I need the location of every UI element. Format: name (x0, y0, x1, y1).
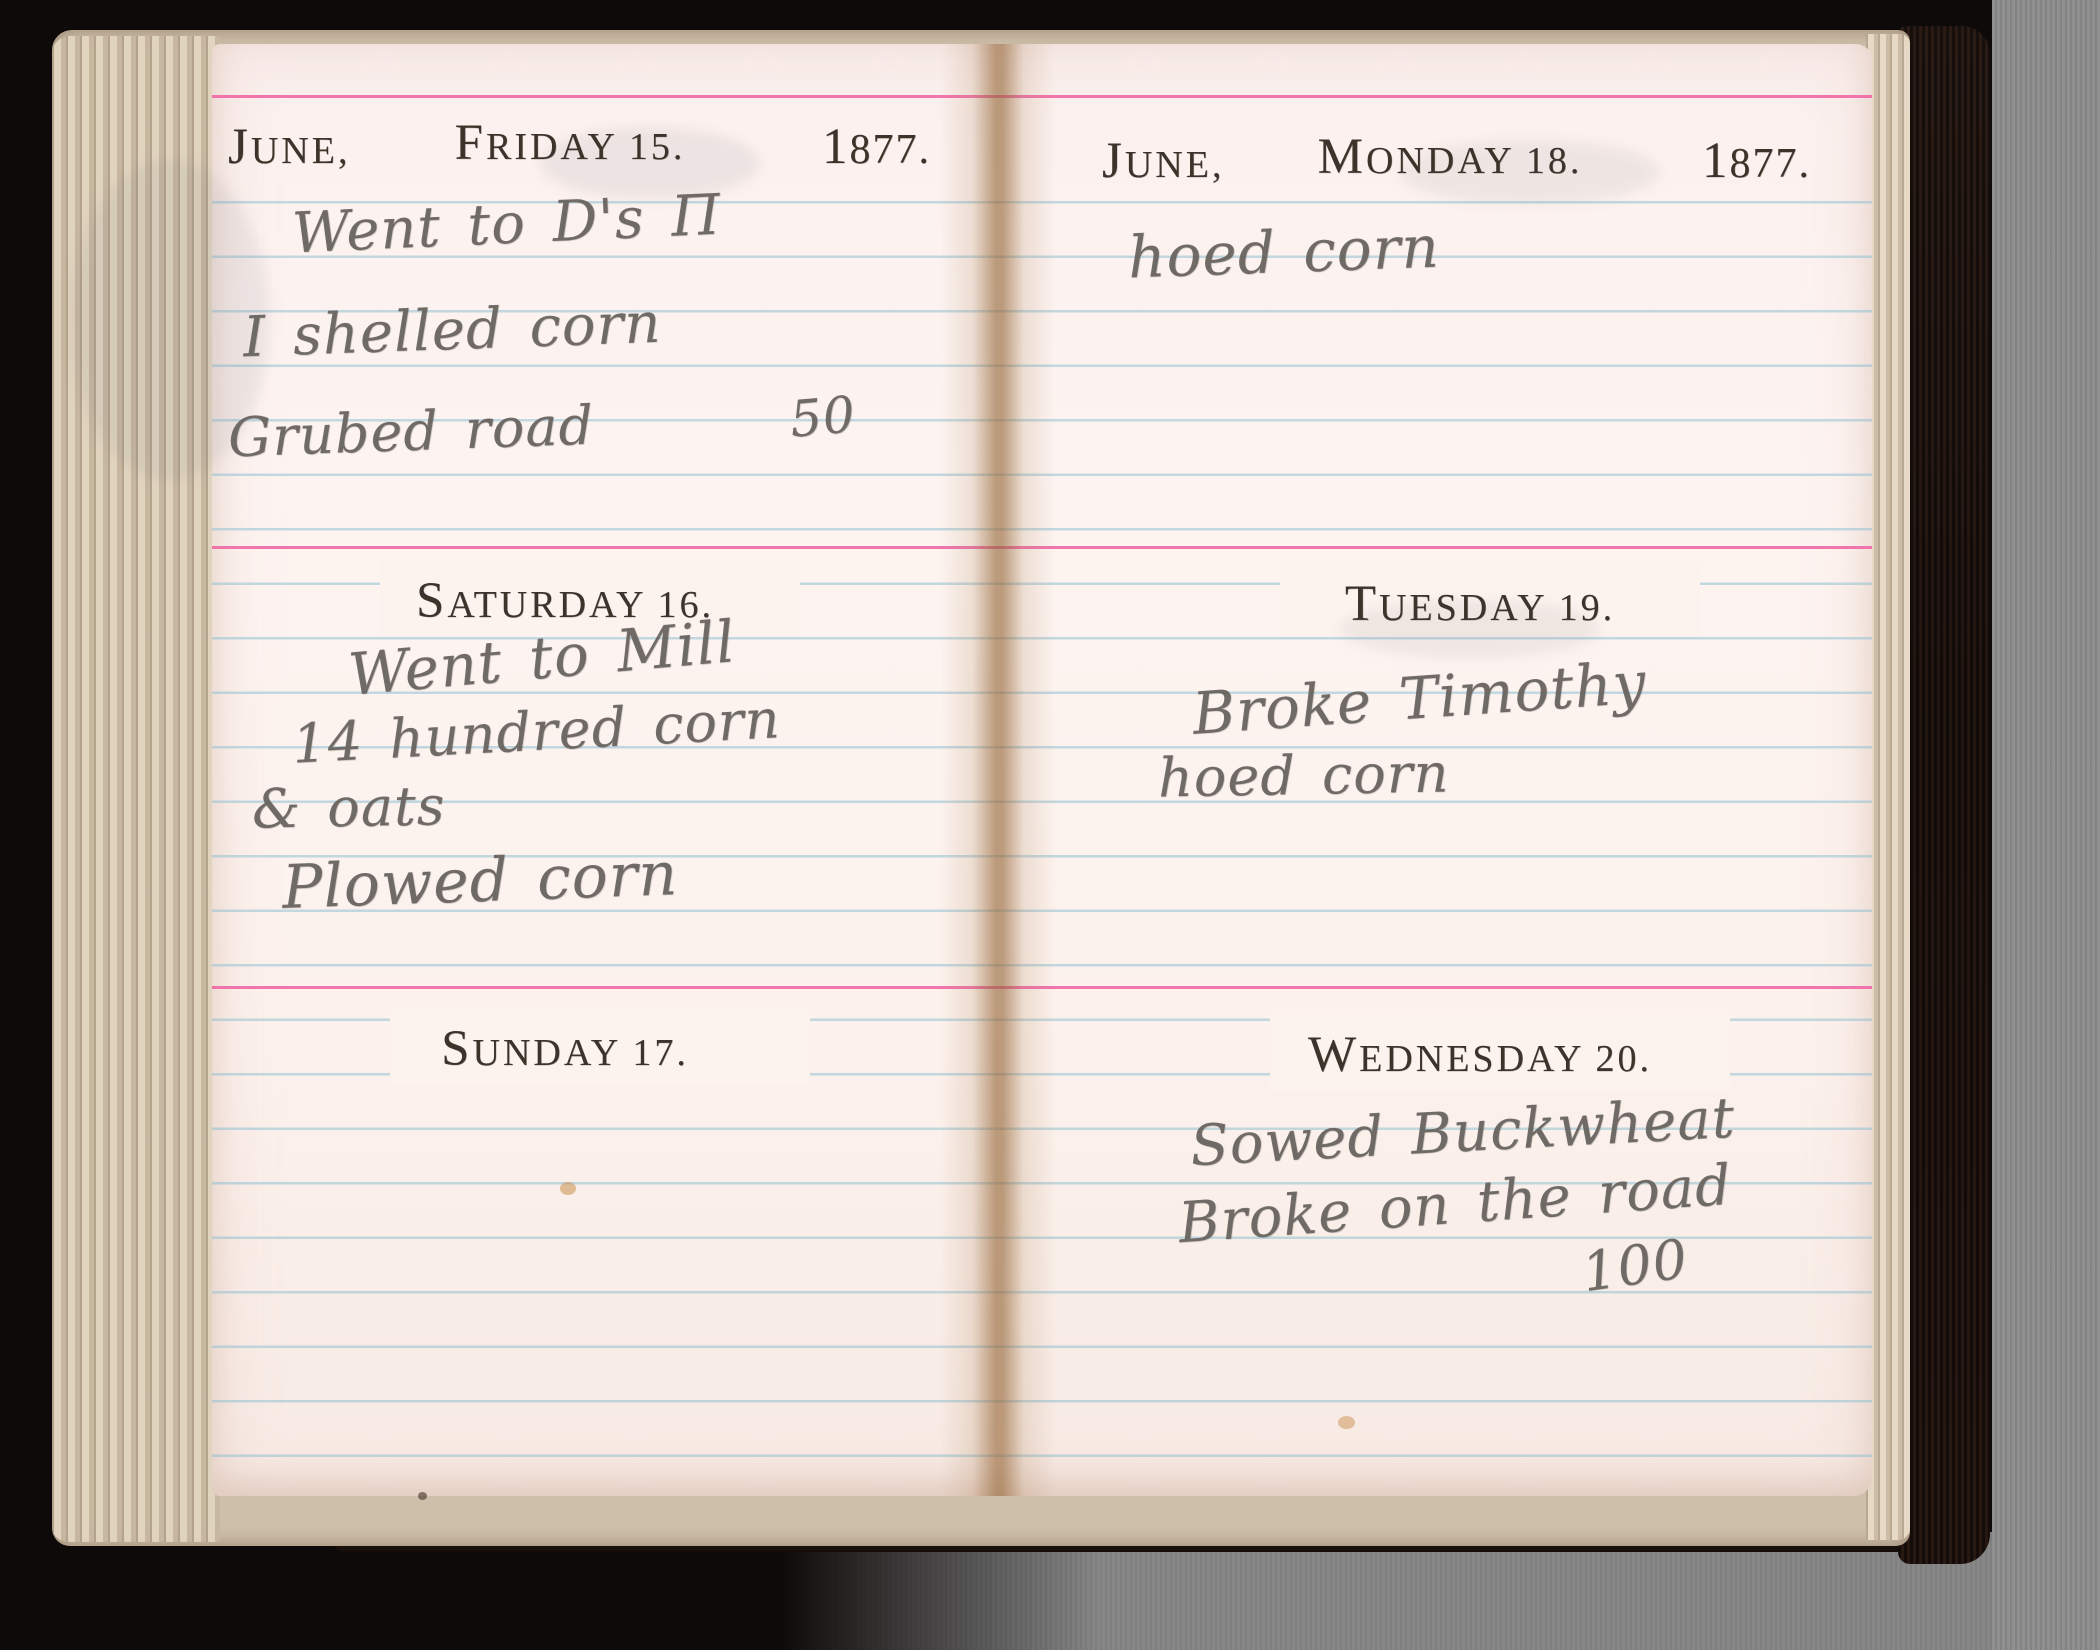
diary-entry-line: Plowed corn (281, 839, 679, 923)
diary-entry-line: & oats (251, 774, 445, 840)
diary-entry-line: hoed corn (1157, 741, 1449, 809)
book-cover-spine (1898, 26, 1990, 1564)
gutter-shadow (940, 44, 1056, 1496)
day-header-friday-15: Friday 15. (400, 114, 740, 172)
year-label: 1877. (822, 118, 931, 176)
month-label: June, (1102, 132, 1224, 190)
month-label: June, (228, 118, 350, 176)
day-header-sunday-17: Sunday 17. (165, 1020, 965, 1078)
day-header-wednesday-20: Wednesday 20. (1080, 1026, 1880, 1084)
dust-speck (418, 1492, 427, 1500)
day-header-monday-18: Monday 18. (1270, 128, 1630, 186)
diary-entry-line: hoed corn (1127, 213, 1441, 292)
foxing-spot (560, 1182, 576, 1195)
day-header-tuesday-19: Tuesday 19. (1080, 575, 1880, 633)
diary-entry-line: Grubed road (227, 394, 595, 470)
diary-entry-amount: 50 (788, 385, 858, 448)
foxing-spot (1338, 1416, 1355, 1429)
year-label: 1877. (1702, 132, 1811, 190)
diary-scan: June, Friday 15. 1877. Saturday 16. Sund… (0, 0, 2100, 1650)
